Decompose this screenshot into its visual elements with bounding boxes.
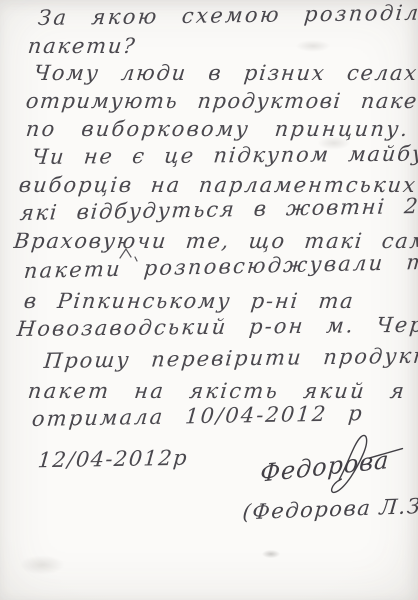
handwritten-line-6: Чи не є це підкупом майбутніх (31, 141, 418, 169)
handwritten-line-10: пакети розповсюджували також (23, 248, 418, 283)
handwritten-line-12: Новозаводський р-он м. Чернігів (16, 312, 418, 341)
handwritten-line-8: які відбудуться в жовтні 2012р. (19, 193, 418, 225)
handwritten-line-4: отримують продуктові пакети (25, 89, 418, 113)
handwritten-line-1: За якою схемою розподіляють (37, 0, 418, 30)
letter-date: 12/04-2012р (37, 446, 189, 473)
handwritten-line-11: в Ріпкинському р-ні та (23, 289, 356, 313)
handwritten-line-15: отримала 10/04-2012 р (31, 401, 365, 431)
scanned-handwritten-letter: За якою схемою розподіляють пакети? Чому… (0, 0, 418, 600)
handwritten-line-14: пакет на якість який я (27, 379, 408, 403)
insertion-mark (118, 246, 140, 266)
paper-smudge (12, 552, 72, 578)
paper-smudge (290, 38, 336, 54)
handwritten-line-13: Прошу перевірити продуктовий (43, 343, 418, 373)
handwritten-line-2: пакети? (27, 34, 138, 58)
handwritten-line-9: Враховуючи те, що такі самі (13, 229, 418, 253)
ink-dots (258, 548, 284, 560)
handwritten-line-3: Чому люди в різних селах (33, 61, 418, 85)
handwritten-line-7: виборців на парламентських виборах (18, 173, 418, 197)
handwritten-line-5: по виборковому принципу. (25, 117, 411, 141)
